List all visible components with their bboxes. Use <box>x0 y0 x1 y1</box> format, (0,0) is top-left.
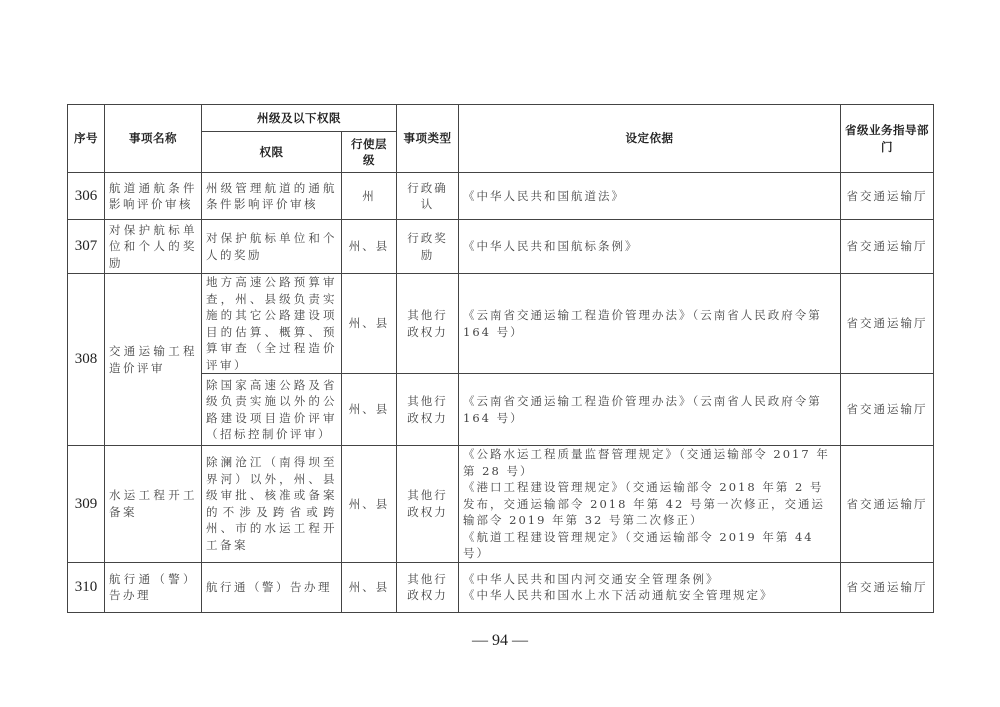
header-item-type: 事项类型 <box>397 105 459 173</box>
item-name: 交通运输工程造价评审 <box>105 274 202 446</box>
legal-basis: 《中华人民共和国航标条例》 <box>459 220 841 274</box>
guiding-dept: 省交通运输厅 <box>841 274 934 374</box>
guiding-dept: 省交通运输厅 <box>841 446 934 563</box>
row-number: 310 <box>68 562 105 612</box>
item-type: 行政确认 <box>397 173 459 220</box>
item-name: 对保护航标单位和个人的奖励 <box>105 220 202 274</box>
item-type: 其他行政权力 <box>397 374 459 446</box>
item-type: 其他行政权力 <box>397 274 459 374</box>
exercise-level: 州、县 <box>342 446 397 563</box>
header-level: 行使层级 <box>342 132 397 173</box>
legal-basis: 《中华人民共和国航道法》 <box>459 173 841 220</box>
item-type: 行政奖励 <box>397 220 459 274</box>
row-number: 306 <box>68 173 105 220</box>
header-item-name: 事项名称 <box>105 105 202 173</box>
page-number: — 94 — <box>0 632 1000 650</box>
authority-scope: 地方高速公路预算审查，州、县级负责实施的其它公路建设项目的估算、概算、预算审查（… <box>202 274 342 374</box>
table-row: 310 航行通（警）告办理 航行通（警）告办理 州、县 其他行政权力 《中华人民… <box>68 562 934 612</box>
exercise-level: 州 <box>342 173 397 220</box>
legal-basis: 《中华人民共和国内河交通安全管理条例》 《中华人民共和国水上水下活动通航安全管理… <box>459 562 841 612</box>
authority-scope: 州级管理航道的通航条件影响评价审核 <box>202 173 342 220</box>
table-row: 307 对保护航标单位和个人的奖励 对保护航标单位和个人的奖励 州、县 行政奖励… <box>68 220 934 274</box>
item-name: 航道通航条件影响评价审核 <box>105 173 202 220</box>
row-number: 309 <box>68 446 105 563</box>
table-row: 308 交通运输工程造价评审 地方高速公路预算审查，州、县级负责实施的其它公路建… <box>68 274 934 374</box>
item-type: 其他行政权力 <box>397 446 459 563</box>
legal-basis: 《公路水运工程质量监督管理规定》（交通运输部令 2017 年第 28 号） 《港… <box>459 446 841 563</box>
item-type: 其他行政权力 <box>397 562 459 612</box>
guiding-dept: 省交通运输厅 <box>841 374 934 446</box>
guiding-dept: 省交通运输厅 <box>841 173 934 220</box>
authority-scope: 除国家高速公路及省级负责实施以外的公路建设项目造价评审（招标控制价评审） <box>202 374 342 446</box>
table-row: 306 航道通航条件影响评价审核 州级管理航道的通航条件影响评价审核 州 行政确… <box>68 173 934 220</box>
item-name: 水运工程开工备案 <box>105 446 202 563</box>
header-authority: 权限 <box>202 132 342 173</box>
exercise-level: 州、县 <box>342 374 397 446</box>
authority-scope: 对保护航标单位和个人的奖励 <box>202 220 342 274</box>
legal-basis: 《云南省交通运输工程造价管理办法》（云南省人民政府令第 164 号） <box>459 374 841 446</box>
row-number: 308 <box>68 274 105 446</box>
authority-table: 序号 事项名称 州级及以下权限 事项类型 设定依据 省级业务指导部门 权限 行使… <box>67 104 934 613</box>
exercise-level: 州、县 <box>342 562 397 612</box>
header-basis: 设定依据 <box>459 105 841 173</box>
guiding-dept: 省交通运输厅 <box>841 220 934 274</box>
item-name: 航行通（警）告办理 <box>105 562 202 612</box>
header-dept: 省级业务指导部门 <box>841 105 934 173</box>
guiding-dept: 省交通运输厅 <box>841 562 934 612</box>
authority-scope: 航行通（警）告办理 <box>202 562 342 612</box>
table-row: 309 水运工程开工备案 除澜沧江（南得坝至界河）以外，州、县级审批、核准或备案… <box>68 446 934 563</box>
exercise-level: 州、县 <box>342 274 397 374</box>
legal-basis: 《云南省交通运输工程造价管理办法》（云南省人民政府令第 164 号） <box>459 274 841 374</box>
exercise-level: 州、县 <box>342 220 397 274</box>
row-number: 307 <box>68 220 105 274</box>
header-seq: 序号 <box>68 105 105 173</box>
header-group: 州级及以下权限 <box>202 105 397 132</box>
authority-scope: 除澜沧江（南得坝至界河）以外，州、县级审批、核准或备案的不涉及跨省或跨州、市的水… <box>202 446 342 563</box>
